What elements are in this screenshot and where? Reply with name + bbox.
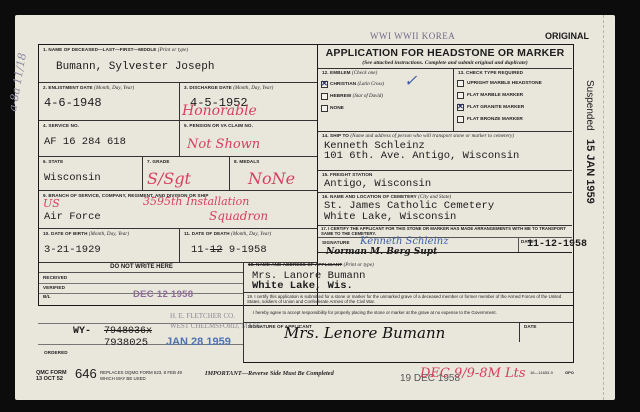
- applicant-statement-p1: 19. I certify this application is submit…: [247, 294, 571, 304]
- pink-processing-note: DEC 9/9-8M Lts: [420, 366, 526, 381]
- death-struck-day: 12: [210, 244, 223, 256]
- name-value: Bumann, Sylvester Joseph: [56, 61, 214, 73]
- form-id: QMC FORM 13 OCT 52: [36, 370, 67, 382]
- bl-number: 7938025: [104, 337, 148, 349]
- emblem-none-checkbox[interactable]: [321, 105, 328, 112]
- death-label: 11. DATE OF DEATH (Month, Day, Year): [184, 231, 271, 237]
- pension-label: 5. PENSION OR VA CLAIM NO.: [184, 123, 253, 128]
- applicant-label: 18. NAME AND ADDRESS OF APPLICANT (Print…: [248, 262, 374, 268]
- field-enlistment: 2. ENLISTMENT DATE (Month, Day, Year) 4-…: [39, 83, 180, 121]
- birth-label: 10. DATE OF BIRTH (Month, Day, Year): [43, 231, 129, 237]
- certify-date-value: 11-12-1958: [527, 239, 587, 250]
- ship-to-line2: 101 6th. Ave. Antigo, Wisconsin: [324, 150, 519, 162]
- era-stamp: WWI WWII KOREA: [370, 31, 455, 41]
- received-stamp: DEC 12 1958: [133, 289, 193, 300]
- type-flat-granite-label: FLAT GRANITE MARKER: [467, 105, 524, 110]
- field-ship-to: 14. SHIP TO (Name and address of person …: [318, 131, 572, 170]
- emblem-none-label: NONE: [330, 106, 344, 111]
- branch-annotation-line1: 3595th Installation: [143, 195, 249, 208]
- emblem-christian-checkbox[interactable]: [321, 81, 328, 88]
- field-medals: 8. MEDALS NoNe: [230, 157, 317, 191]
- ship-to-label: 14. SHIP TO (Name and address of person …: [322, 133, 514, 139]
- discharge-label: 3. DISCHARGE DATE (Month, Day, Year): [184, 85, 273, 91]
- type-flat-bronze-checkbox[interactable]: [457, 116, 464, 123]
- birth-value: 3-21-1929: [44, 244, 101, 256]
- enlistment-value: 4-6-1948: [44, 96, 102, 110]
- field-birth: 10. DATE OF BIRTH (Month, Day, Year) 3-2…: [39, 229, 180, 263]
- type-upright-marble-label: UPRIGHT MARBLE HEADSTONE: [467, 81, 542, 86]
- suspended-date: 15 JAN 1959: [584, 139, 596, 204]
- important-note: IMPORTANT—Reverse Side Must Be Completed: [205, 370, 334, 377]
- field-marker-type: 13. CHECK TYPE REQUIRED UPRIGHT MARBLE H…: [454, 68, 572, 131]
- form-subtitle: (See attached instructions. Complete and…: [318, 60, 572, 66]
- verified-label: VERIFIED: [43, 285, 65, 290]
- applicant-signature: Mrs. Lenore Bumann: [284, 324, 445, 342]
- field-emblem: 12. EMBLEM (Check one) CHRISTIAN (Latin …: [318, 68, 454, 131]
- certify-signature-label: SIGNATURE: [322, 240, 350, 245]
- form-replaces-note: REPLACES OQMG FORM 623, 8 FEB 49 WHICH M…: [100, 370, 182, 381]
- branch-value: Air Force: [44, 211, 101, 223]
- form-number: 646: [75, 366, 97, 381]
- state-label: 6. STATE: [43, 159, 63, 164]
- emblem-hebrew-checkbox[interactable]: [321, 93, 328, 100]
- freight-label: 15. FREIGHT STATION: [322, 172, 372, 177]
- field-freight-station: 15. FREIGHT STATION Antigo, Wisconsin: [318, 170, 572, 192]
- type-flat-granite-checkbox[interactable]: [457, 104, 464, 111]
- type-upright-marble-checkbox[interactable]: [457, 80, 464, 87]
- form-title: APPLICATION FOR HEADSTONE OR MARKER: [318, 47, 572, 59]
- cemetery-line2: White Lake, Wisconsin: [324, 211, 456, 223]
- type-flat-marble-label: FLAT MARBLE MARKER: [467, 93, 523, 98]
- field-grade: 7. GRADE S/Sgt: [143, 157, 230, 191]
- emblem-christian-label: CHRISTIAN (Latin Cross): [330, 82, 384, 87]
- applicant-date-label: DATE: [524, 324, 537, 329]
- enlistment-label: 2. ENLISTMENT DATE (Month, Day, Year): [43, 85, 134, 91]
- type-flat-bronze-label: FLAT BRONZE MARKER: [467, 117, 523, 122]
- name-label: 1. NAME OF DECEASED—LAST—FIRST—MIDDLE (P…: [43, 47, 188, 53]
- emblem-checkmark-icon: ✓: [404, 71, 417, 90]
- medals-label: 8. MEDALS: [234, 159, 259, 164]
- discharge-annotation: Honorable: [182, 103, 257, 119]
- branch-annotation-line2: Squadron: [209, 209, 268, 223]
- applicant-line2: White Lake, Wis.: [252, 280, 353, 292]
- service-no-value: AF 16 284 618: [44, 136, 126, 148]
- pension-annotation: Not Shown: [187, 137, 260, 152]
- contractor-date-stamp: JAN 28 1959: [166, 336, 231, 348]
- field-death: 11. DATE OF DEATH (Month, Day, Year) 11-…: [180, 229, 317, 263]
- ordered-label-visible: ORDERED: [44, 350, 68, 355]
- marker-type-label: 13. CHECK TYPE REQUIRED: [458, 70, 523, 75]
- field-state: 6. STATE Wisconsin: [39, 157, 143, 191]
- service-no-label: 4. SERVICE NO.: [43, 123, 79, 128]
- applicant-statement-p2: I hereby agree to accept responsibility …: [247, 310, 571, 315]
- copy-label: ORIGINAL: [545, 31, 589, 41]
- grade-annotation: S/Sgt: [147, 169, 191, 188]
- field-pension: 5. PENSION OR VA CLAIM NO. Not Shown: [180, 121, 317, 157]
- bl-prefix: WY-: [73, 326, 91, 337]
- medals-annotation: NoNe: [248, 169, 295, 188]
- received-label: RECEIVED: [43, 275, 67, 280]
- emblem-hebrew-label: HEBREW (Star of David): [330, 94, 383, 99]
- field-name: 1. NAME OF DECEASED—LAST—FIRST—MIDDLE (P…: [39, 45, 317, 83]
- field-discharge: 3. DISCHARGE DATE (Month, Day, Year) 4-5…: [180, 83, 317, 121]
- certify-date-cell: DATE 11-12-1958: [518, 237, 572, 252]
- applicant-block: 18. NAME AND ADDRESS OF APPLICANT (Print…: [243, 262, 574, 363]
- branch-prefix: US: [43, 197, 60, 210]
- death-value: 11-12 9-1958: [191, 244, 267, 256]
- office-title: DO NOT WRITE HERE: [39, 264, 244, 270]
- grade-label: 7. GRADE: [147, 159, 170, 164]
- emblem-label: 12. EMBLEM (Check one): [322, 70, 377, 76]
- field-service-no: 4. SERVICE NO. AF 16 284 618: [39, 121, 180, 157]
- suspended-stamp: Suspended 15 JAN 1959: [584, 80, 596, 204]
- transporter-signature: Kenneth Schleinz: [360, 236, 448, 247]
- field-cemetery: 16. NAME AND LOCATION OF CEMETERY (City …: [318, 192, 572, 225]
- gpo-mark: GPO: [565, 370, 574, 375]
- type-flat-marble-checkbox[interactable]: [457, 92, 464, 99]
- state-value: Wisconsin: [44, 172, 101, 184]
- print-code: 16—11653-9: [530, 370, 553, 375]
- contractor-stamp-line1: H. E. FLETCHER CO.: [170, 312, 235, 320]
- field-branch: 9. BRANCH OF SERVICE, COMPANY, REGIMENT,…: [39, 191, 317, 229]
- bl-label: B/L: [43, 294, 51, 299]
- applicant-date-cell: DATE: [519, 322, 573, 342]
- bl-struck-number: 7948036x: [104, 326, 152, 337]
- field-transport-certification: 17. I CERTIFY THE APPLICANT FOR THIS STO…: [318, 225, 572, 263]
- freight-value: Antigo, Wisconsin: [324, 178, 431, 190]
